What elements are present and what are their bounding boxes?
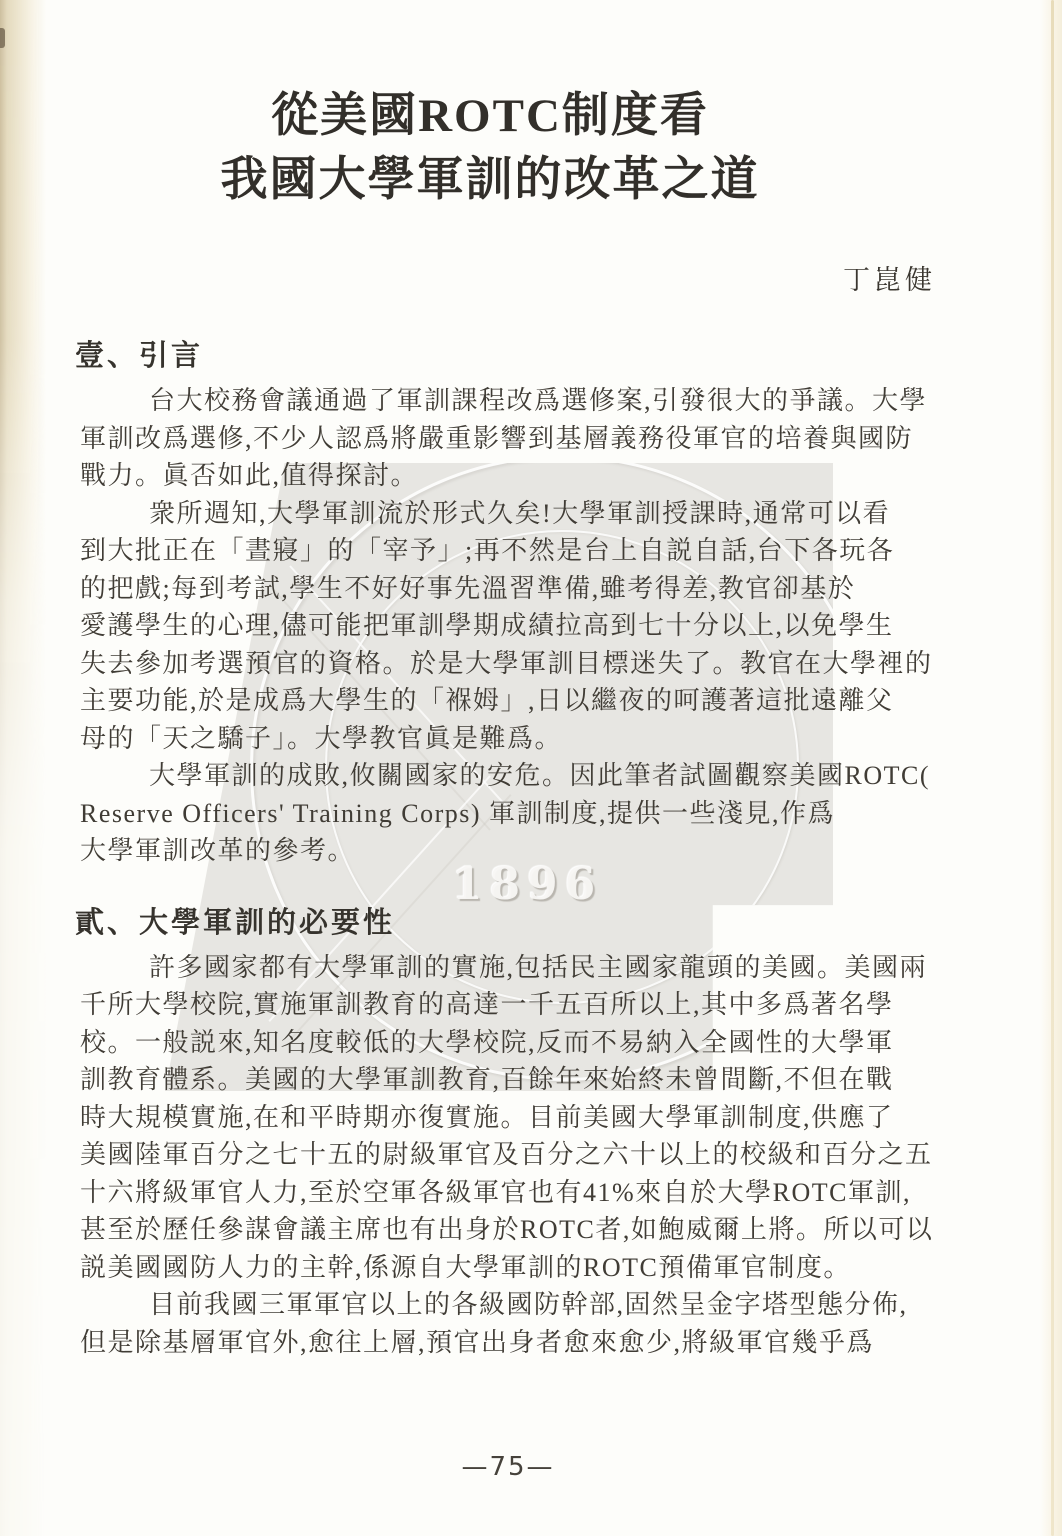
- author-name: 丁崑健: [843, 258, 936, 297]
- text-line: 大學軍訓的成敗,攸關國家的安危。因此筆者試圖觀察美國ROTC(: [80, 757, 980, 795]
- text-line: 校。一般説來,知名度較低的大學校院,反而不易納入全國性的大學軍: [80, 1024, 980, 1062]
- page-gutter-shadow: [0, 0, 46, 1536]
- text-line: 主要功能,於是成爲大學生的「褓姆」,日以繼夜的呵護著這批遠離父: [80, 682, 980, 720]
- text-line: 戰力。眞否如此,值得探討。: [80, 457, 980, 495]
- text-line: 台大校務會議通過了軍訓課程改爲選修案,引發很大的爭議。大學: [80, 382, 980, 420]
- text-line: 時大規模實施,在和平時期亦復實施。目前美國大學軍訓制度,供應了: [80, 1099, 980, 1137]
- title-line-1: 從美國ROTC制度看: [62, 84, 918, 148]
- text-line: 大學軍訓改革的參考。: [80, 832, 980, 870]
- text-line: 失去參加考選預官的資格。於是大學軍訓目標迷失了。教官在大學裡的: [80, 645, 980, 683]
- page-right-edge-line: [1051, 0, 1054, 1536]
- section-heading: 壹、引言: [75, 336, 980, 376]
- article-title: 從美國ROTC制度看 我國大學軍訓的改革之道: [62, 84, 918, 212]
- text-line: 十六將級軍官人力,至於空軍各級軍官也有41%來自於大學ROTC軍訓,: [80, 1174, 980, 1212]
- text-line: 愛護學生的心理,儘可能把軍訓學期成績拉高到七十分以上,以免學生: [80, 607, 980, 645]
- text-line: 衆所週知,大學軍訓流於形式久矣!大學軍訓授課時,通常可以看: [80, 495, 980, 533]
- text-line: 母的「天之驕子」。大學教官眞是難爲。: [80, 720, 980, 758]
- text-line: 軍訓改爲選修,不少人認爲將嚴重影響到基層義務役軍官的培養與國防: [80, 420, 980, 458]
- scanned-document-page: 1896 從美國ROTC制度看 我國大學軍訓的改革之道 丁崑健 壹、引言台大校務…: [0, 0, 1062, 1536]
- text-line: 美國陸軍百分之七十五的尉級軍官及百分之六十以上的校級和百分之五: [80, 1136, 980, 1174]
- text-line: 訓教育體系。美國的大學軍訓教育,百餘年來始終未曾間斷,不但在戰: [80, 1061, 980, 1099]
- article-body: 壹、引言台大校務會議通過了軍訓課程改爲選修案,引發很大的爭議。大學軍訓改爲選修,…: [80, 336, 980, 1361]
- text-line: 到大批正在「晝寢」的「宰予」;再不然是台上自説自話,台下各玩各: [80, 532, 980, 570]
- section-heading: 貳、大學軍訓的必要性: [75, 903, 980, 943]
- text-line: 説美國國防人力的主幹,係源自大學軍訓的ROTC預備軍官制度。: [80, 1249, 980, 1287]
- scan-edge-mark: [0, 28, 5, 48]
- text-line: 甚至於歷任參謀會議主席也有出身於ROTC者,如鮑威爾上將。所以可以: [80, 1211, 980, 1249]
- page-content: 從美國ROTC制度看 我國大學軍訓的改革之道 丁崑健 壹、引言台大校務會議通過了…: [0, 0, 1062, 1536]
- text-line: 但是除基層軍官外,愈往上層,預官出身者愈來愈少,將級軍官幾乎爲: [80, 1324, 980, 1362]
- text-line: Reserve Officers' Training Corps) 軍訓制度,提…: [80, 795, 980, 833]
- text-line: 許多國家都有大學軍訓的實施,包括民主國家龍頭的美國。美國兩: [80, 949, 980, 987]
- text-line: 千所大學校院,實施軍訓教育的高達一千五百所以上,其中多爲著名學: [80, 986, 980, 1024]
- title-line-2: 我國大學軍訓的改革之道: [62, 148, 918, 212]
- text-line: 目前我國三軍軍官以上的各級國防幹部,固然呈金字塔型態分佈,: [80, 1286, 980, 1324]
- page-number: —75—: [80, 1452, 936, 1482]
- text-line: 的把戲;每到考試,學生不好好事先溫習準備,雖考得差,教官卻基於: [80, 570, 980, 608]
